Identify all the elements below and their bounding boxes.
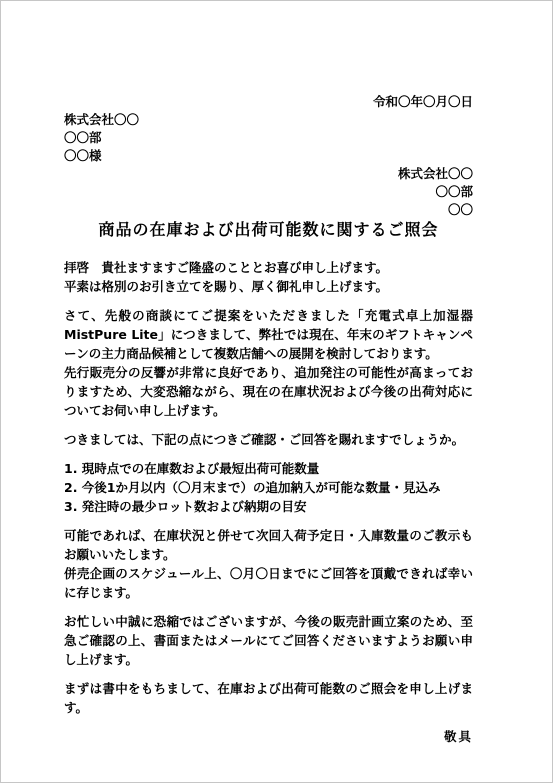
- inquiry-item-1: 1. 現時点での在庫数および最短出荷可能数量: [64, 459, 473, 478]
- background-paragraph: さて、先般の商談にてご提案をいただきました「充電式卓上加湿器 MistPure …: [64, 306, 473, 420]
- closing-word: 敬具: [64, 727, 473, 746]
- letter-title: 商品の在庫および出荷可能数に関するご照会: [64, 219, 473, 241]
- letter-page: 令和〇年〇月〇日 株式会社〇〇 〇〇部 〇〇様 株式会社〇〇 〇〇部 〇〇 商品…: [0, 0, 553, 783]
- inquiry-list: 1. 現時点での在庫数および最短出荷可能数量 2. 今後1か月以内（〇月末まで）…: [64, 459, 473, 516]
- letter-content: 令和〇年〇月〇日 株式会社〇〇 〇〇部 〇〇様 株式会社〇〇 〇〇部 〇〇 商品…: [64, 93, 473, 756]
- greeting-paragraph: 拝啓 貴社ますますご隆盛のこととお喜び申し上げます。 平素は格別のお引き立てを賜…: [64, 258, 473, 296]
- request-lead: つきましては、下記の点につきご確認・ご回答を賜れますでしょうか。: [64, 430, 473, 449]
- inquiry-item-2: 2. 今後1か月以内（〇月末まで）の追加納入が可能な数量・見込み: [64, 478, 473, 497]
- closing-sentence: まずは書中をもちまして、在庫および出荷可能数のご照会を申し上げます。: [64, 679, 473, 717]
- inquiry-item-3: 3. 発注時の最少ロット数および納期の目安: [64, 497, 473, 516]
- issue-date: 令和〇年〇月〇日: [64, 93, 473, 111]
- urgency-paragraph: お忙しい中誠に恐縮ではございますが、今後の販売計画立案のため、至急ご確認の上、書…: [64, 612, 473, 669]
- recipient-block: 株式会社〇〇 〇〇部 〇〇様: [64, 111, 473, 165]
- supplement-paragraph: 可能であれば、在庫状況と併せて次回入荷予定日・入庫数量のご教示もお願いいたします…: [64, 526, 473, 602]
- sender-block: 株式会社〇〇 〇〇部 〇〇: [64, 165, 473, 219]
